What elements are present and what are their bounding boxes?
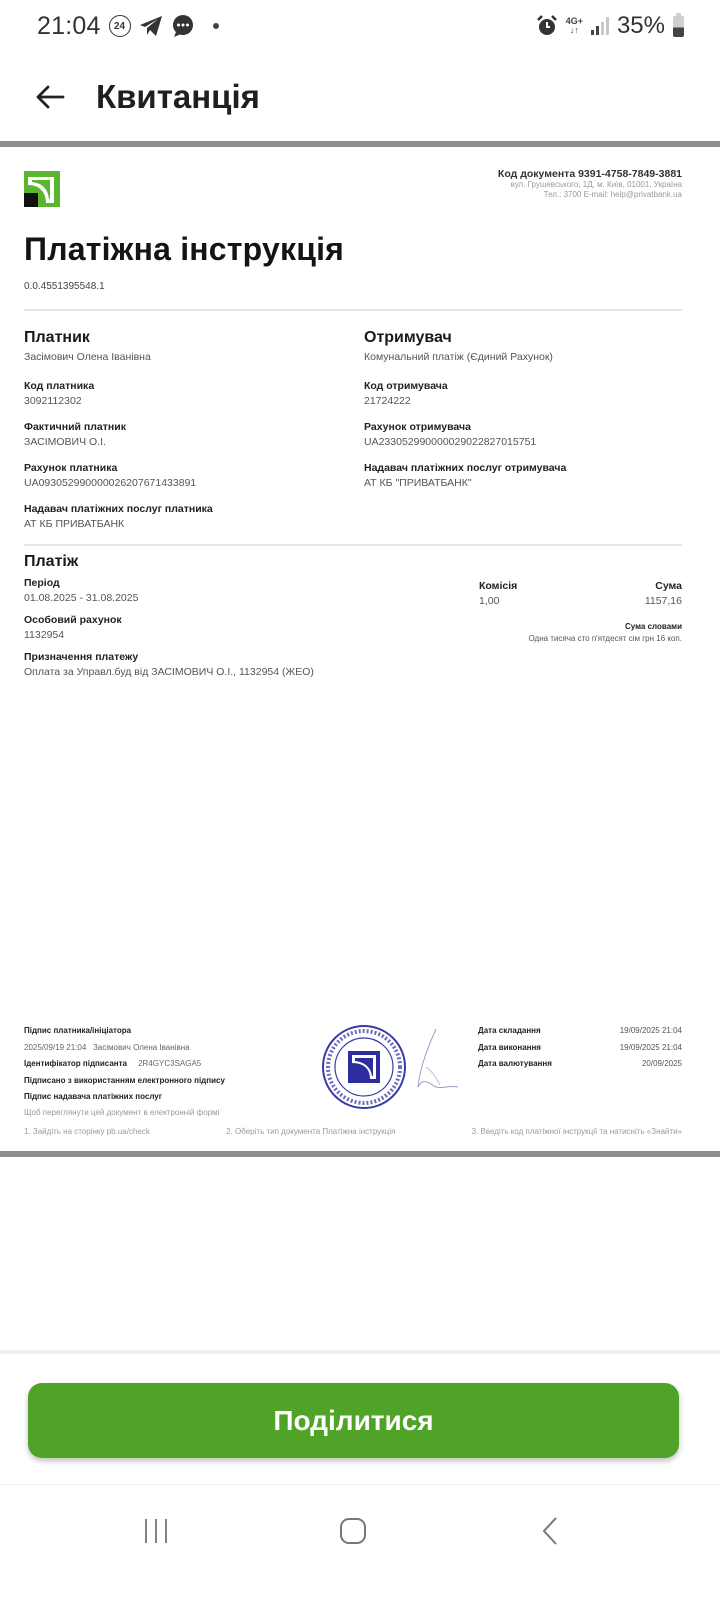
back-button[interactable]	[30, 77, 70, 117]
recipient-section: Отримувач Комунальний платіж (Єдиний Рах…	[364, 329, 694, 489]
signer-id-label: Ідентифікатор підписанта	[24, 1059, 127, 1068]
personal-account: 1132954	[24, 629, 424, 641]
document-code-block: Код документа 9391-4758-7849-3881 вул. Г…	[498, 168, 682, 200]
sum-value: 1157,16	[645, 595, 682, 607]
system-back-button[interactable]	[520, 1511, 580, 1551]
recent-apps-icon	[141, 1516, 171, 1546]
payer-section: Платник Засімович Олена Іванівна Код пла…	[24, 329, 354, 530]
check-step: 3. Введіть код платіжної інструкції та н…	[472, 1127, 682, 1136]
commission-value: 1,00	[479, 595, 517, 607]
field-label: Призначення платежу	[24, 651, 424, 663]
field-label: Сума	[645, 580, 682, 592]
payer-sign-name: Засімович Олена Іванівна	[93, 1043, 190, 1052]
field-label: Рахунок платника	[24, 462, 354, 474]
signed-electronic: Підписано з використанням електронного п…	[24, 1076, 225, 1085]
check-steps: 1. Зайдіть на сторінку pb.ua/check 2. Об…	[24, 1127, 682, 1136]
payer-account: UA093052990000026207671433891	[24, 477, 354, 489]
date-row-executed: Дата виконання19/09/2025 21:04	[478, 1040, 682, 1057]
payer-code: 3092112302	[24, 395, 354, 407]
home-button[interactable]	[323, 1511, 383, 1551]
recipient-provider: АТ КБ "ПРИВАТБАНК"	[364, 477, 694, 489]
payment-title: Платіж	[24, 553, 424, 571]
field-label: Код платника	[24, 380, 354, 392]
sum-block: Сума 1157,16	[645, 580, 682, 607]
divider	[24, 544, 682, 546]
sum-words-block: Сума словами Одна тисяча сто п'ятдесят с…	[528, 622, 682, 643]
sum-words-value: Одна тисяча сто п'ятдесят сім грн 16 коп…	[528, 634, 682, 643]
status-time: 21:04	[37, 12, 101, 41]
receipt-document: Код документа 9391-4758-7849-3881 вул. Г…	[0, 141, 720, 1157]
check-step: 2. Оберіть тип документа Платіжна інстру…	[226, 1127, 395, 1136]
recipient-code: 21724222	[364, 395, 694, 407]
divider	[24, 309, 682, 311]
system-nav-bar	[0, 1484, 720, 1600]
badge-24-icon: 24	[109, 15, 131, 37]
document-number: 0.0.4551395548.1	[24, 281, 105, 292]
field-label: Сума словами	[528, 622, 682, 631]
home-icon	[337, 1515, 369, 1547]
field-label: Комісія	[479, 580, 517, 592]
field-label: Надавач платіжних послуг платника	[24, 503, 354, 515]
field-label: Особовий рахунок	[24, 614, 424, 626]
dates-block: Дата складання19/09/2025 21:04 Дата вико…	[478, 1023, 682, 1073]
signal-icon	[591, 17, 609, 35]
battery-icon	[673, 16, 684, 37]
bank-stamp	[320, 1023, 408, 1111]
document-code: Код документа 9391-4758-7849-3881	[498, 168, 682, 180]
bank-address: вул. Грушевського, 1Д, м. Київ, 01001, У…	[498, 180, 682, 190]
payment-section: Платіж Період 01.08.2025 - 31.08.2025 Ос…	[24, 553, 424, 678]
field-label: Код отримувача	[364, 380, 694, 392]
recipient-title: Отримувач	[364, 329, 694, 347]
bank-contacts: Тел.: 3700 E-mail: help@privatbank.ua	[498, 190, 682, 200]
app-bar: Квитанція	[0, 52, 720, 142]
payer-provider: АТ КБ ПРИВАТБАНК	[24, 518, 354, 530]
network-4g-icon: 4G+↓↑	[566, 17, 583, 35]
field-label: Рахунок отримувача	[364, 421, 694, 433]
signature-scribble	[406, 1027, 466, 1107]
date-row-compiled: Дата складання19/09/2025 21:04	[478, 1023, 682, 1040]
field-label: Фактичний платник	[24, 421, 354, 433]
actual-payer: ЗАСІМОВИЧ О.І.	[24, 436, 354, 448]
provider-sign-label: Підпис надавача платіжних послуг	[24, 1092, 162, 1101]
recipient-account: UA233052990000029022827015751	[364, 436, 694, 448]
page-title: Квитанція	[96, 78, 260, 116]
check-step: 1. Зайдіть на сторінку pb.ua/check	[24, 1127, 150, 1136]
field-label: Надавач платіжних послуг отримувача	[364, 462, 694, 474]
privatbank-logo	[24, 171, 60, 207]
payer-title: Платник	[24, 329, 354, 347]
document-title: Платіжна інструкція	[24, 231, 344, 268]
recipient-name: Комунальний платіж (Єдиний Рахунок)	[364, 351, 694, 363]
payment-period: 01.08.2025 - 31.08.2025	[24, 592, 424, 604]
dot-icon	[213, 23, 219, 29]
payer-sign-label: Підпис платника/ініціатора	[24, 1026, 131, 1035]
payer-name: Засімович Олена Іванівна	[24, 351, 354, 363]
date-row-value-date: Дата валютування20/09/2025	[478, 1056, 682, 1073]
telegram-icon	[139, 15, 163, 37]
back-icon	[538, 1515, 562, 1547]
battery-percent: 35%	[617, 12, 665, 40]
message-icon	[171, 14, 195, 38]
arrow-left-icon	[35, 84, 65, 110]
signer-id-value: 2R4GYC3SAGA5	[138, 1059, 201, 1068]
alarm-icon	[536, 15, 558, 37]
payment-purpose: Оплата за Управл.буд від ЗАСІМОВИЧ О.І.,…	[24, 666, 424, 678]
field-label: Період	[24, 577, 424, 589]
recent-apps-button[interactable]	[126, 1511, 186, 1551]
commission-block: Комісія 1,00	[479, 580, 517, 607]
status-bar: 21:04 24 4G+↓↑ 35%	[0, 0, 720, 52]
payer-sign-date: 2025/09/19 21:04	[24, 1043, 86, 1052]
share-button[interactable]: Поділитися	[28, 1383, 679, 1458]
